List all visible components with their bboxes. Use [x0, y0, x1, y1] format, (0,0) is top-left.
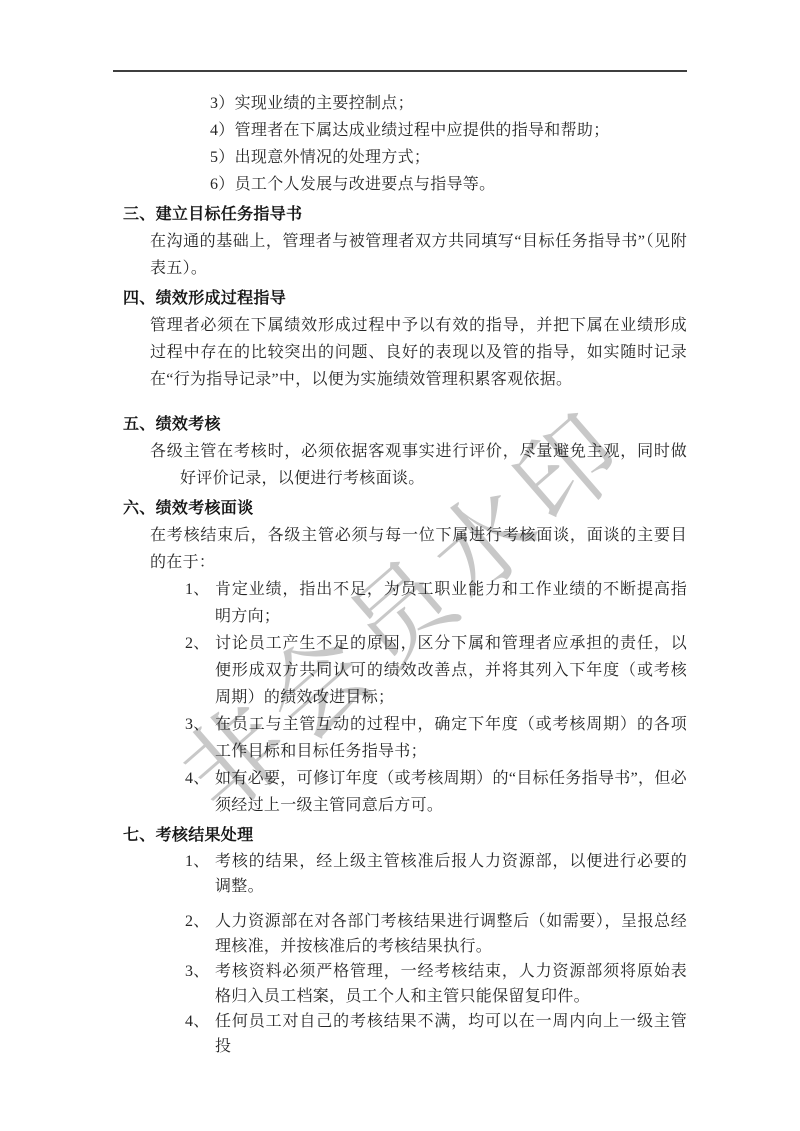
list-item: 5）出现意外情况的处理方式；: [210, 144, 687, 171]
item-number: 1、: [185, 576, 215, 630]
section-paragraph: 在考核结束后，各级主管必须与每一位下属进行考核面谈，面谈的主要目的在于：: [150, 522, 687, 576]
item-text: 在员工与主管互动的过程中，确定下年度（或考核周期）的各项工作目标和目标任务指导书…: [215, 711, 687, 765]
document-page: 非会员水印 3）实现业绩的主要控制点； 4）管理者在下属达成业绩过程中应提供的指…: [0, 0, 800, 1131]
item-text: 考核资料必须严格管理，一经考核结束，人力资源部须将原始表格归入员工档案，员工个人…: [215, 959, 687, 1009]
section-paragraph: 在沟通的基础上，管理者与被管理者双方共同填写“目标任务指导书”（见附表五）。: [150, 228, 687, 282]
numbered-item: 3、 考核资料必须严格管理，一经考核结束，人力资源部须将原始表格归入员工档案，员…: [185, 959, 687, 1009]
item-number: 2、: [185, 909, 215, 959]
item-text: 讨论员工产生不足的原因，区分下属和管理者应承担的责任，以便形成双方共同认可的绩效…: [215, 630, 687, 711]
numbered-item: 2、 人力资源部在对各部门考核结果进行调整后（如需要），呈报总经理核准，并按核准…: [185, 909, 687, 959]
item-number: 4、: [185, 1009, 215, 1059]
list-item: 6）员工个人发展与改进要点与指导等。: [210, 171, 687, 198]
item-text: 人力资源部在对各部门考核结果进行调整后（如需要），呈报总经理核准，并按核准后的考…: [215, 909, 687, 959]
list-item: 3）实现业绩的主要控制点；: [210, 90, 687, 117]
item-number: 3、: [185, 711, 215, 765]
numbered-item: 4、 任何员工对自己的考核结果不满，均可以在一周内向上一级主管投: [185, 1009, 687, 1059]
document-content: 3）实现业绩的主要控制点； 4）管理者在下属达成业绩过程中应提供的指导和帮助； …: [123, 90, 687, 1059]
numbered-item: 1、 肯定业绩，指出不足，为员工职业能力和工作业绩的不断提高指明方向；: [185, 576, 687, 630]
section-heading-6: 六、绩效考核面谈: [123, 495, 687, 522]
numbered-item: 4、 如有必要，可修订年度（或考核周期）的“目标任务指导书”，但必须经过上一级主…: [185, 765, 687, 819]
section-heading-4: 四、绩效形成过程指导: [123, 285, 687, 312]
numbered-item: 3、 在员工与主管互动的过程中，确定下年度（或考核周期）的各项工作目标和目标任务…: [185, 711, 687, 765]
numbered-list: 3）实现业绩的主要控制点； 4）管理者在下属达成业绩过程中应提供的指导和帮助； …: [210, 90, 687, 198]
item-text: 任何员工对自己的考核结果不满，均可以在一周内向上一级主管投: [215, 1009, 687, 1059]
item-text: 肯定业绩，指出不足，为员工职业能力和工作业绩的不断提高指明方向；: [215, 576, 687, 630]
list-item: 4）管理者在下属达成业绩过程中应提供的指导和帮助；: [210, 117, 687, 144]
section-paragraph: 各级主管在考核时，必须依据客观事实进行评价，尽量避免主观，同时做好评价记录，以便…: [150, 438, 687, 492]
item-number: 2、: [185, 630, 215, 711]
section-heading-5: 五、绩效考核: [123, 411, 687, 438]
section-seven-items: 1、 考核的结果，经上级主管核准后报人力资源部，以便进行必要的调整。 2、 人力…: [123, 849, 687, 1059]
section-heading-7: 七、考核结果处理: [123, 822, 687, 849]
section-heading-3: 三、建立目标任务指导书: [123, 201, 687, 228]
header-rule: [113, 70, 687, 72]
item-number: 1、: [185, 849, 215, 899]
numbered-item: 2、 讨论员工产生不足的原因，区分下属和管理者应承担的责任，以便形成双方共同认可…: [185, 630, 687, 711]
item-number: 4、: [185, 765, 215, 819]
item-number: 3、: [185, 959, 215, 1009]
item-text: 考核的结果，经上级主管核准后报人力资源部，以便进行必要的调整。: [215, 849, 687, 899]
section-paragraph: 管理者必须在下属绩效形成过程中予以有效的指导，并把下属在业绩形成过程中存在的比较…: [150, 312, 687, 393]
item-text: 如有必要，可修订年度（或考核周期）的“目标任务指导书”，但必须经过上一级主管同意…: [215, 765, 687, 819]
numbered-item: 1、 考核的结果，经上级主管核准后报人力资源部，以便进行必要的调整。: [185, 849, 687, 899]
